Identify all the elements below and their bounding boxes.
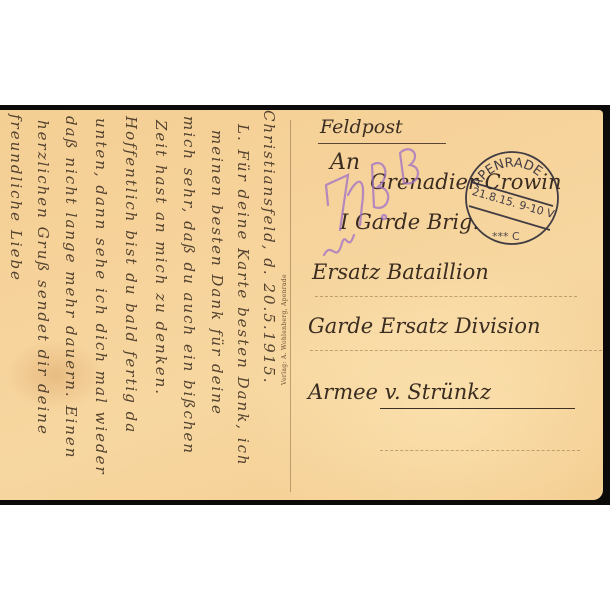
postmark-bottom: *** C <box>492 230 520 243</box>
message-column: meinen besten Dank für deine <box>208 130 226 416</box>
message-column: daß nicht lange mehr dauern. Einen <box>62 116 80 459</box>
postmark-town: APENRADE <box>469 156 545 191</box>
publisher-imprint: Verlag: A. Wohlenberg, Apenrade <box>281 225 291 385</box>
postmark: APENRADE 21.8.15. 9-10 V *** C <box>462 148 562 248</box>
censor-stamp <box>318 135 428 275</box>
address-rule <box>310 350 602 351</box>
message-column: herzlichen Gruß sendet dir deine <box>34 120 52 436</box>
address-rule <box>315 296 577 297</box>
message-column: Zeit hast an mich zu denken. <box>152 120 170 396</box>
message-dateline: Christiansfeld, d. 20.5.1915. <box>260 110 278 385</box>
message-column: L. Für deine Karte besten Dank, ich <box>234 124 252 467</box>
postcard: Christiansfeld, d. 20.5.1915. L. Für dei… <box>0 110 603 500</box>
svg-text:APENRADE: APENRADE <box>469 156 545 191</box>
address-line-5: Garde Ersatz Division <box>308 314 541 338</box>
address-rule <box>380 450 580 451</box>
message-column: mich sehr, daß du auch ein bißchen <box>180 116 198 455</box>
message-column: unten, dann sehe ich dich mal wieder <box>92 118 110 476</box>
address-underline <box>380 408 575 409</box>
message-column: Hoffentlich bist du bald fertig da <box>122 116 140 434</box>
address-line-6: Armee v. Strünkz <box>308 380 491 404</box>
message-column: freundliche Liebe <box>7 114 25 282</box>
